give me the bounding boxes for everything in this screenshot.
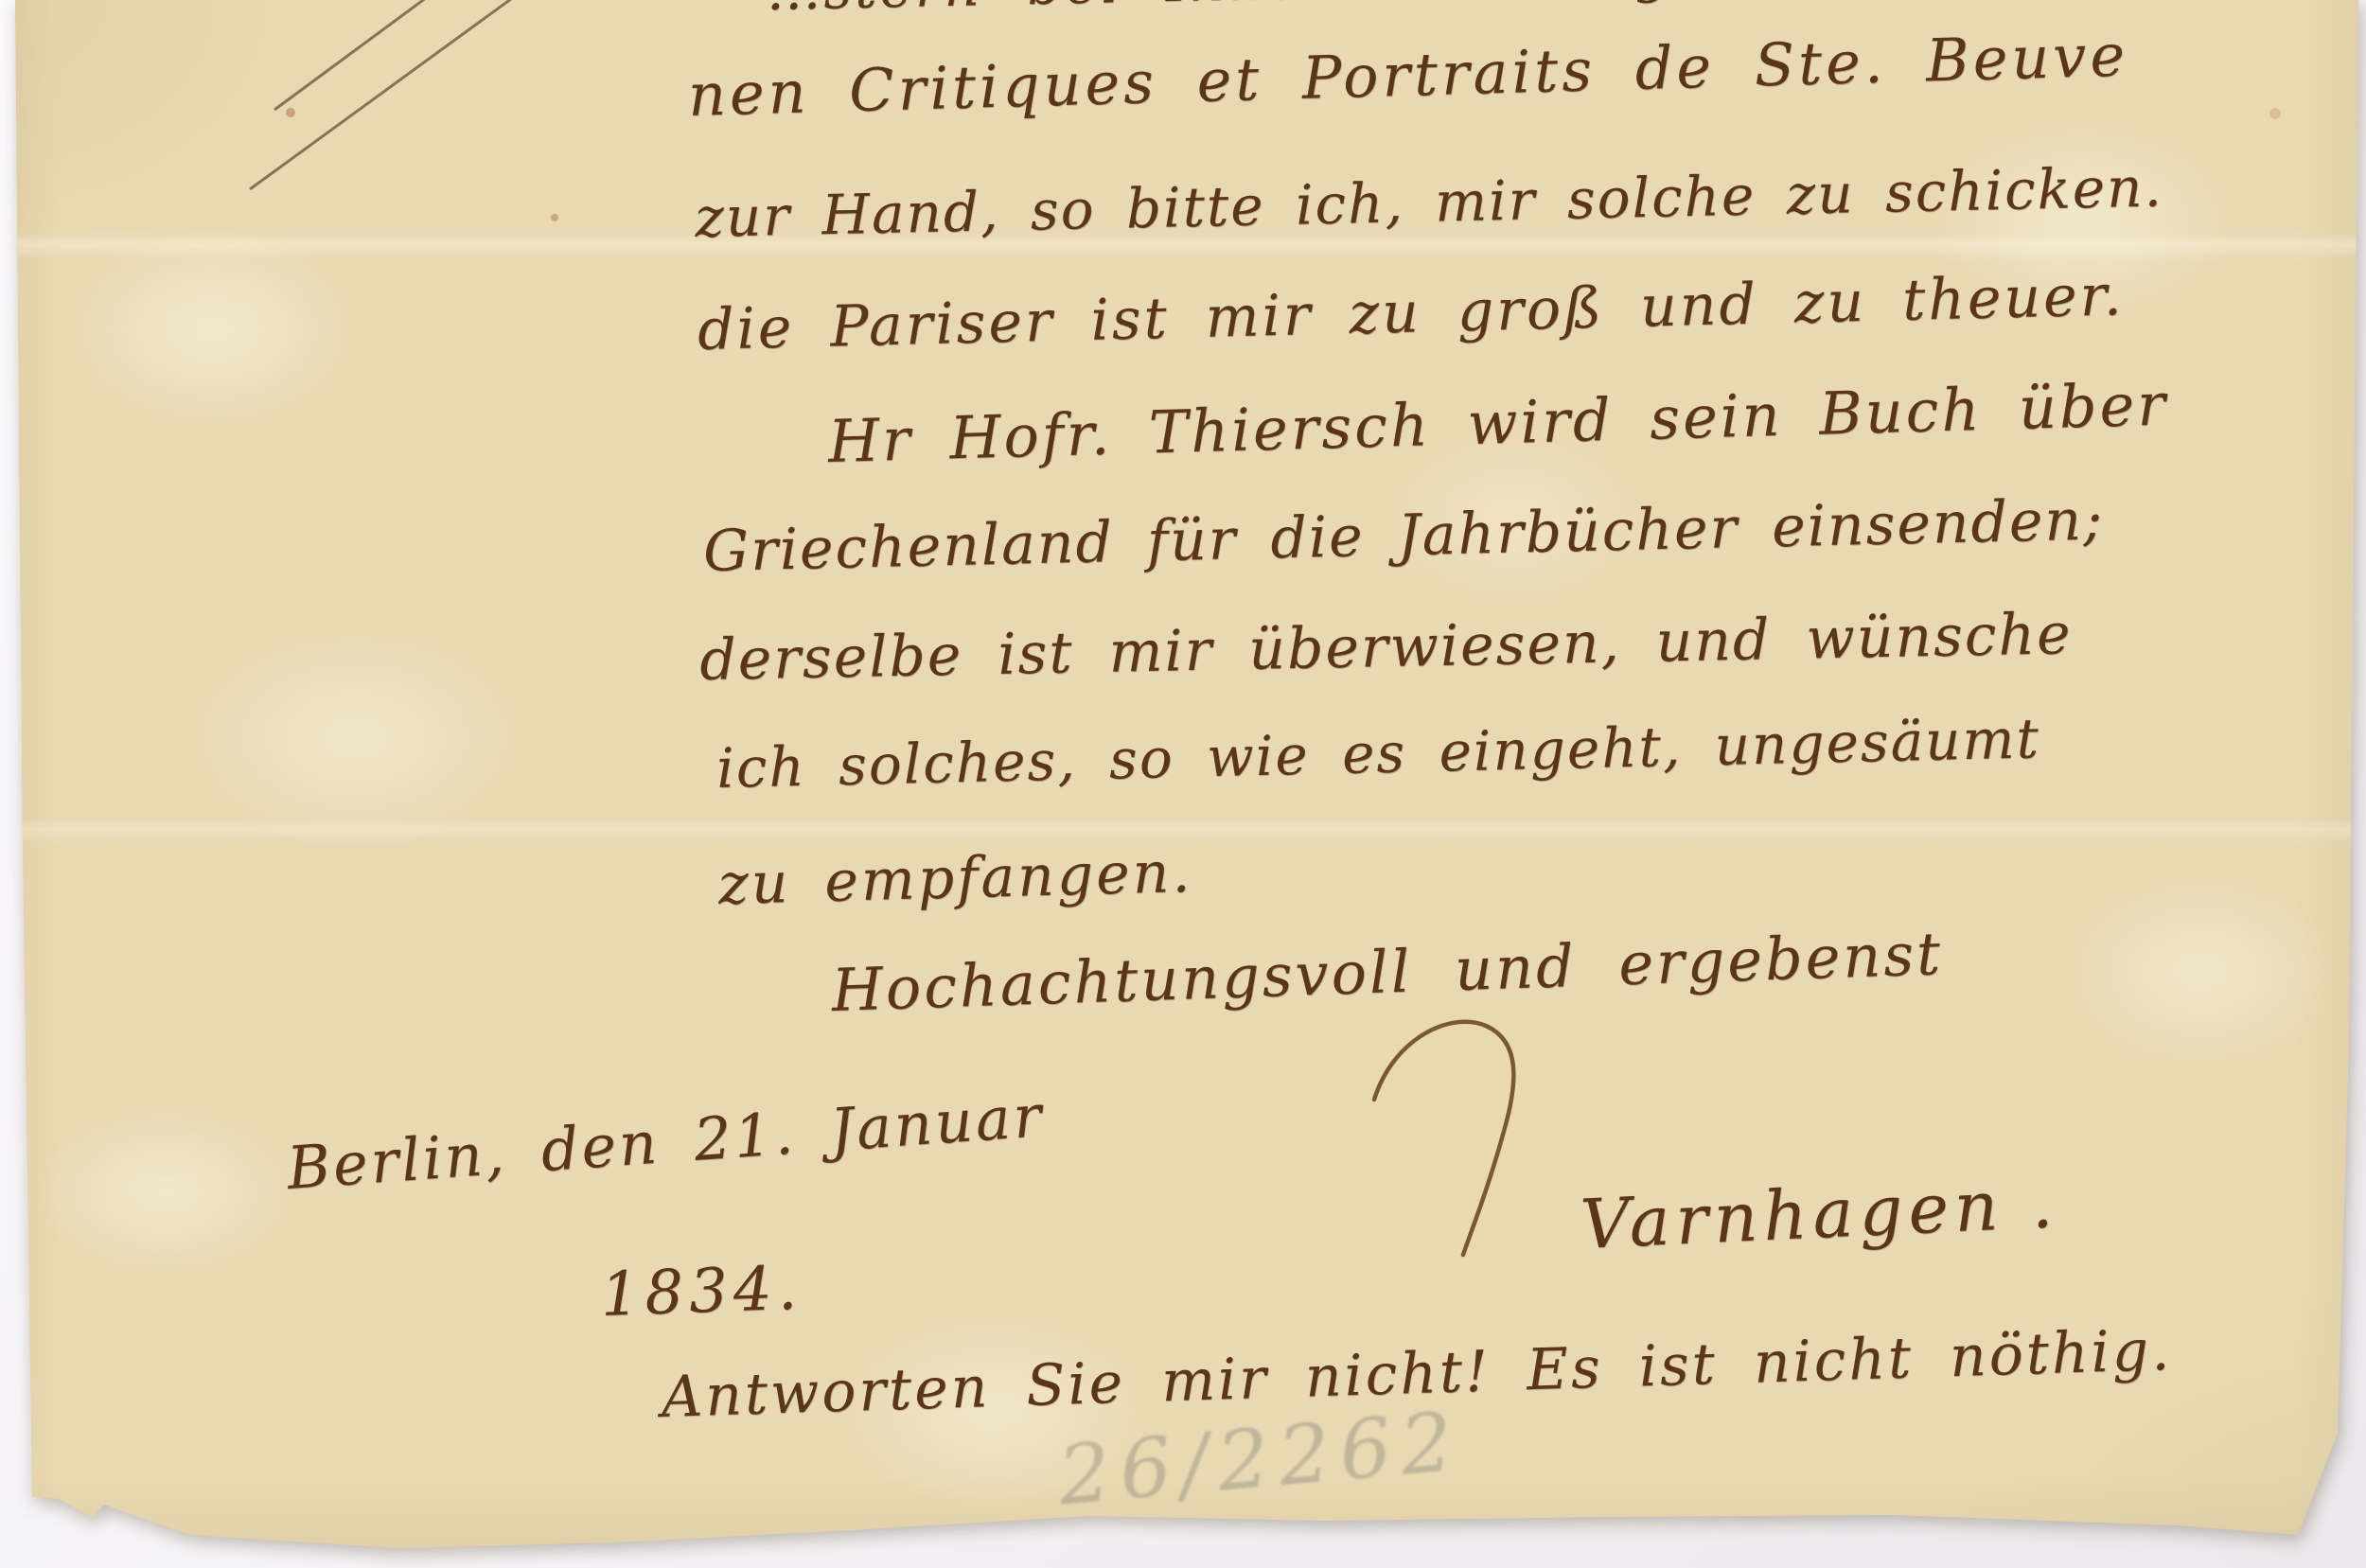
corner-strike-mark-1: [274, 0, 433, 110]
foxing-speck-2: [2269, 108, 2281, 119]
foxing-speck-3: [551, 214, 558, 221]
scan-background: …stern bei Ihnen der … ge… nen Critiques…: [0, 0, 2366, 1568]
paper-sheet: …stern bei Ihnen der … ge… nen Critiques…: [0, 0, 2366, 1568]
paper-shadow: …stern bei Ihnen der … ge… nen Critiques…: [0, 0, 2366, 1568]
ink-marks-overlay: [0, 0, 2366, 1568]
signature-flourish: [1374, 1022, 1513, 1255]
foxing-speck-1: [286, 108, 295, 117]
